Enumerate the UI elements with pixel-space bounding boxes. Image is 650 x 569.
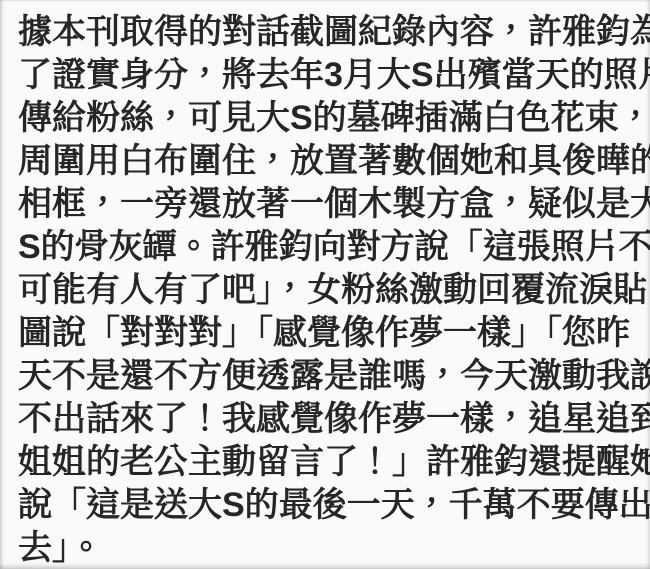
text-line: 了證實身分，將去年3月大S出殯當天的照片 — [18, 54, 642, 97]
text-line: 傳給粉絲，可見大S的墓碑插滿白色花束， — [18, 97, 642, 140]
text-line: 不出話來了！我感覺像作夢一樣，追星追到 — [18, 398, 642, 441]
text-line: 周圍用白布圍住，放置著數個她和具俊曄的 — [18, 140, 642, 183]
text-line: 相框，一旁還放著一個木製方盒，疑似是大 — [18, 183, 642, 226]
text-line: 姐姐的老公主動留言了！」許雅鈞還提醒她 — [18, 441, 642, 484]
text-line: 據本刊取得的對話截圖紀錄內容，許雅鈞為 — [18, 11, 642, 54]
text-line: S的骨灰罈。許雅鈞向對方說「這張照片不 — [18, 226, 642, 269]
text-line: 去」。 — [18, 527, 642, 569]
text-line: 圖說「對對對」「感覺像作夢一樣」「您昨 — [18, 312, 642, 355]
article-text-page: 據本刊取得的對話截圖紀錄內容，許雅鈞為 了證實身分，將去年3月大S出殯當天的照片… — [0, 0, 650, 569]
text-line: 天不是還不方便透露是誰嗎，今天激動我說 — [18, 355, 642, 398]
text-line: 說「這是送大S的最後一天，千萬不要傳出 — [18, 484, 642, 527]
text-line: 可能有人有了吧」，女粉絲激動回覆流淚貼 — [18, 269, 642, 312]
